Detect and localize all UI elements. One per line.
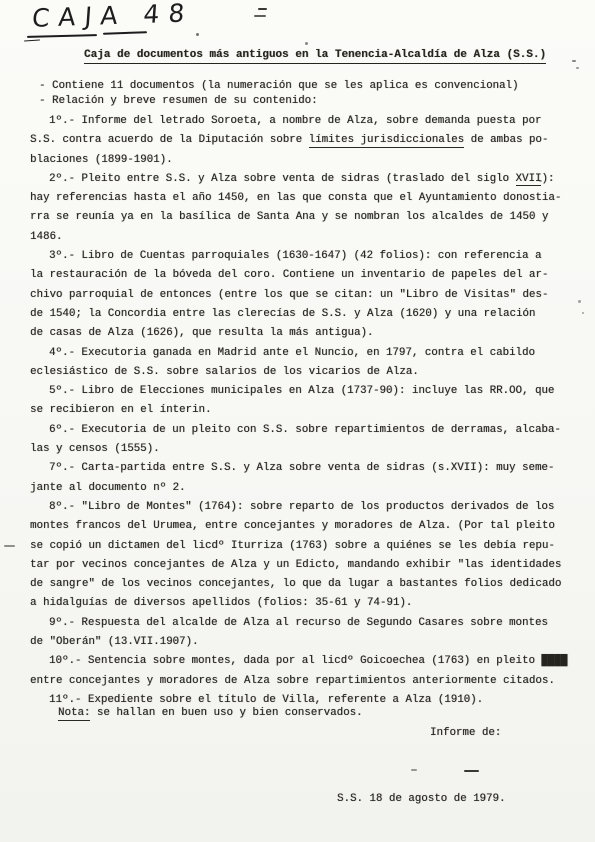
document-line: chivo parroquial de entonces (entre los …	[30, 286, 567, 305]
informe-label: Informe de:	[430, 727, 501, 739]
document-line: la restauración de la bóveda del coro. C…	[30, 266, 567, 285]
document-line: rra se reunía ya en la basílica de Santa…	[30, 208, 567, 227]
document-line: 3º.- Libro de Cuentas parroquiales (1630…	[30, 247, 567, 266]
ink-mark	[576, 67, 579, 69]
ink-mark	[196, 33, 199, 36]
document-line: tar por vecinos concejantes de Alza y un…	[30, 556, 567, 575]
document-line: se copió un dictamen del licdº Iturriza …	[30, 537, 567, 556]
signature-dash	[464, 770, 479, 772]
document-line: 9º.- Respuesta del alcalde de Alza al re…	[30, 614, 567, 633]
ink-mark	[582, 312, 584, 314]
handwritten-underline	[103, 31, 147, 35]
ink-mark	[4, 545, 15, 547]
document-line: entre concejantes y moradores de Alza so…	[30, 672, 567, 691]
document-line: de sangre" de los vecinos concejantes, l…	[30, 575, 567, 594]
ink-mark	[578, 300, 581, 303]
document-line: 10º.- Sentencia sobre montes, dada por a…	[30, 652, 567, 671]
document-line: 4º.- Executoria ganada en Madrid ante el…	[30, 344, 567, 363]
document-line: se recibieron en el ínterin.	[30, 401, 567, 420]
document-line: montes francos del Urumea, entre conceja…	[30, 517, 567, 536]
page-title-text: Caja de documentos más antiguos en la Te…	[84, 49, 546, 64]
document-line: 2º.- Pleito entre S.S. y Alza sobre vent…	[30, 170, 567, 189]
document-line: 6º.- Executoria de un pleito con S.S. so…	[30, 421, 567, 440]
intro-section: - Contiene 11 documentos (la numeración …	[39, 79, 518, 108]
document-line: de 1540; la Concordia entre las clerecía…	[30, 305, 567, 324]
note-line: Nota: se hallan en buen uso y bien conse…	[58, 707, 363, 719]
handwritten-box-label: CAJA 48	[31, 0, 194, 33]
document-line: 5º.- Libro de Elecciones municipales en …	[30, 382, 567, 401]
intro-line: - Contiene 11 documentos (la numeración …	[39, 79, 518, 94]
intro-line: - Relación y breve resumen de su conteni…	[39, 94, 518, 109]
document-line: a hidalguías de diversos apellidos (foli…	[30, 594, 567, 613]
document-line: eclesiástico de S.S. sobre salarios de l…	[30, 363, 567, 382]
document-line: 7º.- Carta-partida entre S.S. y Alza sob…	[30, 459, 567, 478]
ink-mark	[411, 769, 417, 771]
ink-mark	[305, 42, 308, 45]
ink-mark	[572, 60, 576, 62]
document-items: 1º.- Informe del letrado Soroeta, a nomb…	[30, 112, 567, 710]
document-line: S.S. contra acuerdo de la Diputación sob…	[30, 131, 567, 150]
document-line: de casas de Alza (1626), que resulta la …	[30, 324, 567, 343]
document-line: 8º.- "Libro de Montes" (1764): sobre rep…	[30, 498, 567, 517]
document-line: hay referencias hasta el año 1450, en la…	[30, 189, 567, 208]
scanned-page: CAJA 48 Caja de documentos más antiguos …	[0, 0, 595, 842]
ink-mark	[254, 15, 266, 17]
document-line: 1486.	[30, 228, 567, 247]
document-line: de "Oberán" (13.VII.1907).	[30, 633, 567, 652]
date-line: S.S. 18 de agosto de 1979.	[337, 793, 505, 805]
ink-mark	[258, 8, 267, 10]
document-line: jante al documento nº 2.	[30, 479, 567, 498]
handwritten-underline	[24, 39, 40, 41]
document-line: blaciones (1899-1901).	[30, 151, 567, 170]
handwritten-underline	[27, 34, 97, 38]
document-line: las y censos (1555).	[30, 440, 567, 459]
page-title: Caja de documentos más antiguos en la Te…	[84, 49, 546, 61]
document-line: 1º.- Informe del letrado Soroeta, a nomb…	[30, 112, 567, 131]
